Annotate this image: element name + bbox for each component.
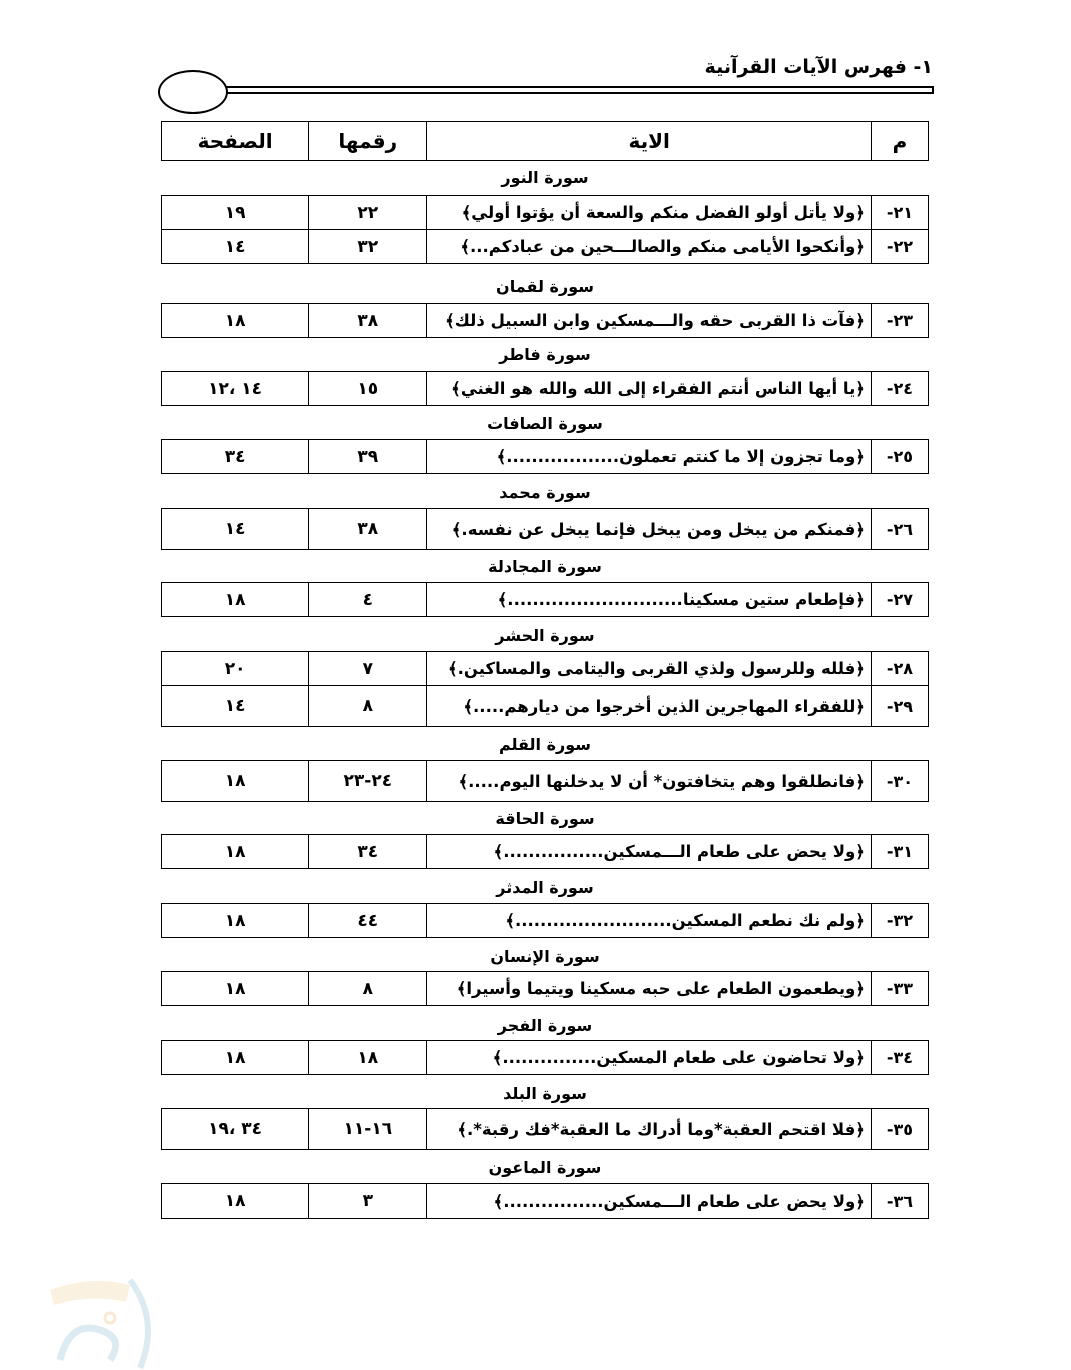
page-number: ٣٤ ،١٩ — [162, 1109, 309, 1150]
verse-number: ٨ — [309, 686, 427, 727]
verse-table: ٣١-﴿ولا يحض على طعام الـــمسكين.........… — [161, 834, 929, 869]
table-row: ٢٥-﴿وما تجزون إلا ما كنتم تعملون........… — [162, 440, 929, 474]
row-index: ٢٨- — [871, 652, 928, 686]
page-number: ١٨ — [162, 972, 309, 1006]
verse-table: ٣٤-﴿ولا تحاضون على طعام المسكين.........… — [161, 1040, 929, 1075]
title-rule — [220, 86, 934, 94]
verse-number: ١٥ — [309, 372, 427, 406]
verse-text: ﴿ولا يحض على طعام الـــمسكين............… — [427, 1184, 872, 1219]
page-number: ١٩ — [162, 196, 309, 230]
verse-number: ٤٤ — [309, 904, 427, 938]
verse-table: ٢٣-﴿فآت ذا القربى حقه والـــمسكين وابن ا… — [161, 303, 929, 338]
row-index: ٢٦- — [871, 509, 928, 550]
row-index: ٢٥- — [871, 440, 928, 474]
row-index: ٣٥- — [871, 1109, 928, 1150]
watermark-logo-icon — [30, 1260, 170, 1370]
page-number: ١٨ — [162, 1041, 309, 1075]
verse-text: ﴿فلله وللرسول ولذي القربى واليتامى والمس… — [427, 652, 872, 686]
header-aya: الاية — [427, 122, 872, 161]
verse-number: ٣٨ — [309, 304, 427, 338]
page-number: ٢٠ — [162, 652, 309, 686]
header-table: م الاية رقمها الصفحة — [161, 121, 929, 161]
row-index: ٣٣- — [871, 972, 928, 1006]
verse-table: ٣٦-﴿ولا يحض على طعام الـــمسكين.........… — [161, 1183, 929, 1219]
page-number: ١٨ — [162, 904, 309, 938]
page-number: ١٨ — [162, 583, 309, 617]
page-number: ١٨ — [162, 835, 309, 869]
verse-text: ﴿فلا اقتحم العقبة*وما أدراك ما العقبة*فك… — [427, 1109, 872, 1150]
verse-text: ﴿ولم نك نطعم المسكين....................… — [427, 904, 872, 938]
table-row: ٢٩-﴿للفقراء المهاجرين الذين أخرجوا من دي… — [162, 686, 929, 727]
table-row: ٢٧-﴿فإطعام ستين مسكينا..................… — [162, 583, 929, 617]
verse-text: ﴿وما تجزون إلا ما كنتم تعملون...........… — [427, 440, 872, 474]
verse-text: ﴿فانطلقوا وهم يتخافتون* أن لا يدخلنها ال… — [427, 761, 872, 802]
table-row: ٢٣-﴿فآت ذا القربى حقه والـــمسكين وابن ا… — [162, 304, 929, 338]
row-index: ٢١- — [871, 196, 928, 230]
verse-number: ٣٨ — [309, 509, 427, 550]
surah-heading: سورة البلد — [161, 1084, 929, 1103]
verse-table: ٢٥-﴿وما تجزون إلا ما كنتم تعملون........… — [161, 439, 929, 474]
table-row: ٣٥-﴿فلا اقتحم العقبة*وما أدراك ما العقبة… — [162, 1109, 929, 1150]
surah-heading: سورة الفجر — [161, 1016, 929, 1035]
page-number: ١٤ — [162, 509, 309, 550]
table-row: ٣٢-﴿ولم نك نطعم المسكين.................… — [162, 904, 929, 938]
table-row: ٢٨-﴿فلله وللرسول ولذي القربى واليتامى وا… — [162, 652, 929, 686]
row-index: ٣٢- — [871, 904, 928, 938]
table-row: ٢٢-﴿وأنكحوا الأيامى منكم والصالـــحين من… — [162, 230, 929, 264]
verse-text: ﴿فآت ذا القربى حقه والـــمسكين وابن السب… — [427, 304, 872, 338]
row-index: ٢٧- — [871, 583, 928, 617]
verse-table: ٣٣-﴿ويطعمون الطعام على حبه مسكينا ويتيما… — [161, 971, 929, 1006]
table-row: ٢١-﴿ولا يأتل أولو الفضل منكم والسعة أن ي… — [162, 196, 929, 230]
verse-number: ١٨ — [309, 1041, 427, 1075]
verse-table: ٣٥-﴿فلا اقتحم العقبة*وما أدراك ما العقبة… — [161, 1108, 929, 1150]
verse-table: ٢١-﴿ولا يأتل أولو الفضل منكم والسعة أن ي… — [161, 195, 929, 264]
table-row: ٣٦-﴿ولا يحض على طعام الـــمسكين.........… — [162, 1184, 929, 1219]
surah-heading: سورة فاطر — [161, 345, 929, 364]
verse-table: ٢٤-﴿يا أيها الناس أنتم الفقراء إلى الله … — [161, 371, 929, 406]
page-number: ١٨ — [162, 1184, 309, 1219]
verse-table: ٢٦-﴿فمنكم من يبخل ومن يبخل فإنما يبخل عن… — [161, 508, 929, 550]
verse-text: ﴿فإطعام ستين مسكينا.....................… — [427, 583, 872, 617]
surah-heading: سورة النور — [161, 168, 929, 187]
row-index: ٢٩- — [871, 686, 928, 727]
header-m: م — [871, 122, 928, 161]
surah-heading: سورة القلم — [161, 735, 929, 754]
header-num: رقمها — [309, 122, 427, 161]
verse-text: ﴿فمنكم من يبخل ومن يبخل فإنما يبخل عن نف… — [427, 509, 872, 550]
verse-text: ﴿وأنكحوا الأيامى منكم والصالـــحين من عب… — [427, 230, 872, 264]
table-row: ٣٤-﴿ولا تحاضون على طعام المسكين.........… — [162, 1041, 929, 1075]
row-index: ٣٠- — [871, 761, 928, 802]
verse-text: ﴿للفقراء المهاجرين الذين أخرجوا من دياره… — [427, 686, 872, 727]
table-row: ٣٣-﴿ويطعمون الطعام على حبه مسكينا ويتيما… — [162, 972, 929, 1006]
row-index: ٣١- — [871, 835, 928, 869]
page-number: ١٤ — [162, 230, 309, 264]
surah-heading: سورة الحاقة — [161, 809, 929, 828]
surah-heading: سورة الإنسان — [161, 947, 929, 966]
row-index: ٣٦- — [871, 1184, 928, 1219]
verse-text: ﴿ولا يأتل أولو الفضل منكم والسعة أن يؤتو… — [427, 196, 872, 230]
row-index: ٣٤- — [871, 1041, 928, 1075]
verse-number: ٣٢ — [309, 230, 427, 264]
surah-heading: سورة المدثر — [161, 878, 929, 897]
page-number: ٣٤ — [162, 440, 309, 474]
table-row: ٢٤-﴿يا أيها الناس أنتم الفقراء إلى الله … — [162, 372, 929, 406]
header-page: الصفحة — [162, 122, 309, 161]
surah-heading: سورة لقمان — [161, 277, 929, 296]
verse-number: ٢٢ — [309, 196, 427, 230]
verse-number: ٨ — [309, 972, 427, 1006]
verse-number: ٣٤ — [309, 835, 427, 869]
row-index: ٢٤- — [871, 372, 928, 406]
page-number-oval — [158, 70, 228, 114]
page-number: ١٨ — [162, 304, 309, 338]
verse-text: ﴿ويطعمون الطعام على حبه مسكينا ويتيما وأ… — [427, 972, 872, 1006]
surah-heading: سورة الماعون — [161, 1158, 929, 1177]
row-index: ٢٢- — [871, 230, 928, 264]
surah-heading: سورة الحشر — [161, 626, 929, 645]
verse-number: ٤ — [309, 583, 427, 617]
table-row: ٢٦-﴿فمنكم من يبخل ومن يبخل فإنما يبخل عن… — [162, 509, 929, 550]
page-number: ١٤ — [162, 686, 309, 727]
verse-number: ٧ — [309, 652, 427, 686]
table-row: ٣٠-﴿فانطلقوا وهم يتخافتون* أن لا يدخلنها… — [162, 761, 929, 802]
verse-table: ٢٧-﴿فإطعام ستين مسكينا..................… — [161, 582, 929, 617]
verse-number: ٣٩ — [309, 440, 427, 474]
verse-text: ﴿يا أيها الناس أنتم الفقراء إلى الله وال… — [427, 372, 872, 406]
row-index: ٢٣- — [871, 304, 928, 338]
surah-heading: سورة الصافات — [161, 414, 929, 433]
surah-heading: سورة محمد — [161, 483, 929, 502]
verse-table: ٣٢-﴿ولم نك نطعم المسكين.................… — [161, 903, 929, 938]
page-number: ١٤ ،١٢ — [162, 372, 309, 406]
verse-table: ٣٠-﴿فانطلقوا وهم يتخافتون* أن لا يدخلنها… — [161, 760, 929, 802]
page-title: ١- فهرس الآيات القرآنية — [705, 56, 933, 78]
verse-text: ﴿ولا تحاضون على طعام المسكين............… — [427, 1041, 872, 1075]
page-number: ١٨ — [162, 761, 309, 802]
verse-table: ٢٨-﴿فلله وللرسول ولذي القربى واليتامى وا… — [161, 651, 929, 727]
surah-heading: سورة المجادلة — [161, 557, 929, 576]
verse-number: ١٦-١١ — [309, 1109, 427, 1150]
verse-number: ٢٤-٢٣ — [309, 761, 427, 802]
table-row: ٣١-﴿ولا يحض على طعام الـــمسكين.........… — [162, 835, 929, 869]
verse-text: ﴿ولا يحض على طعام الـــمسكين............… — [427, 835, 872, 869]
verse-number: ٣ — [309, 1184, 427, 1219]
